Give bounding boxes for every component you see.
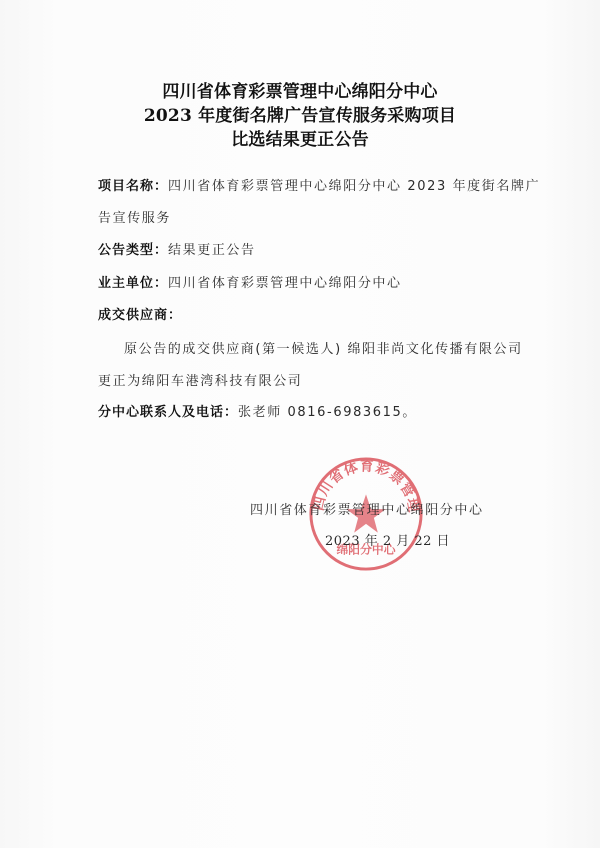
document-title: 四川省体育彩票管理中心绵阳分中心 2023 年度街名牌广告宣传服务采购项目 比选… — [0, 80, 600, 152]
notice-type-row: 公告类型：结果更正公告 — [98, 242, 256, 260]
document-page: 四川省体育彩票管理中心绵阳分中心 2023 年度街名牌广告宣传服务采购项目 比选… — [0, 0, 600, 848]
project-name-row: 项目名称：四川省体育彩票管理中心绵阳分中心 2023 年度街名牌广 — [98, 178, 540, 196]
title-line-organization: 四川省体育彩票管理中心绵阳分中心 — [0, 80, 600, 104]
contact-value: 张老师 0816-6983615。 — [238, 405, 417, 420]
title-line-project: 2023 年度街名牌广告宣传服务采购项目 — [0, 104, 600, 128]
title-line-notice: 比选结果更正公告 — [0, 128, 600, 152]
project-name-value: 四川省体育彩票管理中心绵阳分中心 2023 年度街名牌广 — [168, 179, 540, 194]
notice-type-label: 公告类型： — [98, 243, 168, 258]
project-name-value-cont: 告宣传服务 — [98, 211, 171, 226]
notice-type-value: 结果更正公告 — [168, 243, 256, 258]
project-name-label: 项目名称： — [98, 179, 168, 194]
signature-organization: 四川省体育彩票管理中心绵阳分中心 — [250, 499, 484, 518]
owner-unit-label: 业主单位： — [98, 276, 168, 291]
signature-date: 2023 年 2 月 22 日 — [325, 530, 450, 549]
supplier-paragraph-text2: 更正为绵阳车港湾科技有限公司 — [98, 374, 302, 389]
owner-unit-row: 业主单位：四川省体育彩票管理中心绵阳分中心 — [98, 275, 402, 293]
supplier-paragraph-line2: 更正为绵阳车港湾科技有限公司 — [98, 373, 302, 391]
supplier-paragraph-text1: 原公告的成交供应商(第一候选人) 绵阳非尚文化传播有限公司 — [124, 342, 523, 357]
contact-row: 分中心联系人及电话：张老师 0816-6983615。 — [98, 404, 417, 422]
contact-label: 分中心联系人及电话： — [98, 405, 238, 420]
supplier-label: 成交供应商： — [98, 308, 182, 323]
project-name-continuation: 告宣传服务 — [98, 210, 171, 228]
supplier-paragraph-line1: 原公告的成交供应商(第一候选人) 绵阳非尚文化传播有限公司 — [98, 341, 523, 359]
owner-unit-value: 四川省体育彩票管理中心绵阳分中心 — [168, 276, 402, 291]
supplier-row: 成交供应商： — [98, 307, 182, 325]
